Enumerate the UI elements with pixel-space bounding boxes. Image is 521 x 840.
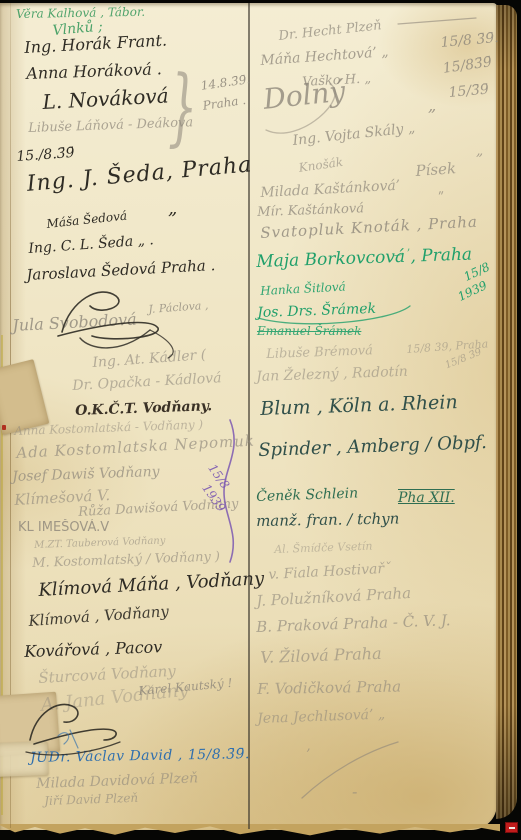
signature-entry: „ — [428, 98, 436, 114]
signature-entry: Pha XII. — [398, 491, 455, 505]
signature-entry: Praha . — [202, 94, 247, 112]
signature-entry: ʺ — [438, 192, 444, 205]
signature-entry: 14.8.3̄9̄. — [200, 73, 251, 92]
signature-entry: Dolný — [262, 77, 347, 113]
signature-entry: Máňa Hechtová’ „ — [260, 45, 389, 68]
signature-entry: Věra Kalhová , Tábor. — [16, 6, 145, 20]
signature-entry: Dr. Hecht Plzeň — [278, 19, 382, 43]
signature-entry: manž. fran. / tchyn — [256, 512, 399, 529]
signature-entry: Ing. At. Kádler ( — [92, 348, 207, 370]
signature-entry: Anna Horáková . — [26, 61, 162, 82]
signature-entry: Ada Kostomlatska Nepomuk — [16, 433, 255, 460]
signature-entry: Jaroslava Šedová Praha . — [26, 258, 216, 283]
signature-entry: „ — [168, 200, 177, 218]
signature-entry: Blum , Köln a. Rhein — [260, 393, 458, 419]
signature-entry: Ing. Vojta Skály „ — [292, 121, 416, 148]
signature-entry: Knošák — [298, 156, 344, 174]
signature-entry: B. Praková Praha - Č. V. J. — [256, 613, 451, 635]
signature-entry: J. Polužníková Praha — [256, 586, 411, 609]
signature-entry: Hanka Šitlová — [260, 281, 346, 297]
signature-entry: Klímová , Vodňany — [28, 604, 169, 629]
signature-entry: } — [168, 64, 197, 148]
signature-entry: JUDr. Václav David , 15/8.3̄9̄. — [30, 747, 250, 765]
signature-entry: J. Páclova , — [148, 300, 209, 315]
signature-entry: F. Vodičková Praha — [257, 679, 401, 697]
signature-entry: ’ — [306, 748, 310, 762]
signature-entry: 15/83̄9̄ — [442, 55, 493, 76]
signature-entry: M.ZT. Tauberová Vodňany — [34, 536, 166, 551]
signature-entry: Písek — [415, 161, 457, 179]
signature-entry: 1939 — [456, 279, 489, 303]
signature-entry: Anna Kostomlatská - Vodňany ) — [14, 418, 203, 437]
signature-entry: Jos. Drs. Šrámek — [257, 302, 376, 320]
signature-entry: M. Kostomlatský / Vodňany ) — [32, 550, 220, 570]
signature-entry: Dr. Opačka - Kádlová — [72, 371, 222, 393]
signature-entry: Klímová Máňa , Vodňany — [38, 570, 265, 600]
signature-entry: Jula Svobodová — [12, 311, 137, 333]
signature-entry: Jiří David Plzeň — [44, 792, 138, 807]
signature-entry: V. Žilová Praha — [260, 646, 382, 666]
signature-entry: Ing. Horák Frant. — [24, 33, 167, 56]
signature-entry: Jan Železný , Radotín — [256, 365, 408, 384]
signature-entry: - — [352, 784, 357, 800]
signature-entry: Milada Davidová Plzeň — [36, 771, 198, 791]
scanned-guestbook-photo: Věra Kalhová , Tábor.Vlnků ;Ing. Horák F… — [0, 0, 521, 840]
signature-entry: Milada Kaštánková’ — [260, 179, 401, 200]
signature-entry: „ — [476, 144, 483, 158]
signature-entry: Al. Šmídče Vsetín — [274, 541, 373, 555]
signature-entry: Máša Šedová — [46, 210, 128, 230]
signature-entry: Čeněk Schlein — [256, 486, 358, 504]
signature-entry: — ’ — [392, 247, 411, 260]
signature-entry: A. Jana Vodňany — [40, 682, 189, 715]
signature-entry: Spinder , Amberg / Obpf. — [258, 434, 487, 460]
signature-entry: Libuše Brémová — [266, 344, 373, 361]
signature-entry: L. Nováková — [42, 85, 169, 112]
signature-entry: Maja Borkovcová , Praha — [256, 246, 472, 271]
signature-entry: O.K.Č.T. Vodňany. — [75, 399, 212, 418]
signature-entry: Kovářová , Pacov — [24, 639, 163, 660]
signature-entry: 15/8 3̄9̄. — [440, 31, 499, 50]
signature-entry: Josef Dawiš Vodňany — [12, 465, 160, 484]
signature-entry: 15./8.3̄9̄ — [16, 146, 75, 164]
signature-entry: KL IMEŠOVÁ.V — [18, 521, 109, 534]
signature-entry: Emanuel Šrámek — [257, 325, 361, 337]
signature-entry: Mír. Kaštánková — [257, 202, 364, 219]
signature-entry: v. Fiala Hostivařˇ — [268, 562, 391, 582]
signature-entry: 15/3̄9̄ — [448, 82, 489, 99]
signature-entry: Ing. C. L. Šeda „ . — [28, 233, 154, 256]
signature-entry: Jena Jechlusová’ „ — [257, 708, 385, 726]
signatures-layer: Věra Kalhová , Tábor.Vlnků ;Ing. Horák F… — [0, 0, 521, 840]
